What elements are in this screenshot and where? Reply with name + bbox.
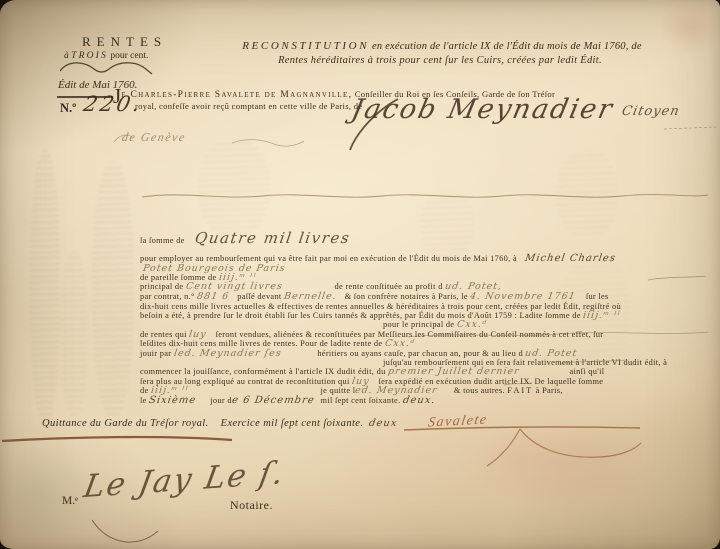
heading-lead-word: RECONSTITUTION bbox=[242, 40, 369, 52]
printed-text: Quittance du Garde du Tréſor royal. bbox=[42, 418, 209, 429]
masthead-subtitle: à TROIS pour cent. bbox=[64, 51, 148, 61]
printed-text: la ſomme de bbox=[140, 236, 187, 245]
treasurer-signature-script: Savalete bbox=[427, 412, 489, 431]
handwritten-entry: Michel Charles bbox=[524, 253, 617, 264]
aged-paper-sheet: RENTES à TROIS pour cent. Édit de Mai 17… bbox=[0, 0, 720, 549]
fill-line bbox=[664, 127, 716, 129]
subtitle-c: pour cent. bbox=[110, 51, 148, 61]
fill-swash bbox=[648, 276, 706, 280]
ornamental-brace bbox=[60, 63, 152, 74]
handwritten-entry: Sixième bbox=[148, 395, 197, 406]
bleedthrough-smudge bbox=[198, 138, 270, 238]
number-label: N.º bbox=[60, 101, 76, 116]
printed-text: jouir par bbox=[140, 349, 174, 358]
printed-text: FAIT bbox=[507, 386, 533, 395]
document-line: Quittance du Garde du Tréſor royal.Exerc… bbox=[42, 413, 398, 431]
handwritten-entry: led. Meynadier ſes bbox=[173, 348, 282, 359]
payer-signature-line: Jacob MeynadierCitoyen bbox=[352, 94, 680, 125]
document-line: le Sixièmejour de 6 Décembremil ſept cen… bbox=[140, 390, 435, 408]
document-photo: { "masthead": { "title": "RENTES", "subt… bbox=[0, 0, 720, 549]
document-line: beſoin a été, à prendre ſur le droit éta… bbox=[140, 305, 621, 323]
handwritten-entry: deux bbox=[369, 418, 399, 429]
notary-label: Notaire. bbox=[230, 498, 273, 513]
printed-text: jour d bbox=[210, 396, 232, 405]
handwritten-entry: iiij.ᵐ ˡˡ bbox=[582, 310, 621, 321]
printed-text: & tous autres. bbox=[454, 386, 507, 395]
masthead-title: RENTES bbox=[82, 34, 167, 50]
dropcap-initial: J bbox=[113, 84, 121, 108]
bleedthrough-smudge bbox=[60, 252, 88, 417]
payer-origin-script: de Genève bbox=[121, 130, 187, 145]
handwritten-entry: e 6 Décembre bbox=[231, 395, 315, 406]
document-line: la ſomme de Quatre mil livres bbox=[140, 229, 350, 248]
heading-line1: RECONSTITUTION en exécution de l'article… bbox=[168, 36, 716, 54]
payer-name-script: Jacob Meynadier bbox=[349, 94, 617, 125]
paper-stain bbox=[470, 420, 660, 510]
printed-text: Exercice mil ſept cent ſoixante. bbox=[221, 418, 364, 429]
handwritten-entry: Quatre mil livres bbox=[194, 229, 352, 247]
subtitle-b: TROIS bbox=[71, 51, 108, 61]
bleedthrough-smudge bbox=[92, 162, 134, 417]
handwritten-entry: deux. bbox=[402, 395, 436, 406]
notary-prefix: M.ᵉ bbox=[62, 495, 78, 507]
treasurer-name: e Charles-Pierre Savalete de Magnanville… bbox=[121, 89, 352, 100]
subtitle-a: à bbox=[64, 51, 69, 61]
printed-text: beſoin a été, à prendre ſur le droit éta… bbox=[140, 311, 583, 320]
printed-text: à Paris, bbox=[533, 386, 562, 395]
printed-text: mil ſept cent ſoixante. bbox=[321, 396, 403, 405]
heading-line2: Rentes héréditaires à trois pour cent ſu… bbox=[190, 55, 690, 66]
notary-swash bbox=[92, 520, 158, 542]
bleedthrough-smudge bbox=[556, 150, 618, 238]
payer-quality-script: Citoyen bbox=[621, 104, 682, 119]
heading-line1-rest: en exécution de l'article IX de l'Édit d… bbox=[369, 41, 642, 52]
preamble-line2: royal, confeſſe avoir reçû comptant en c… bbox=[135, 101, 362, 111]
bleedthrough-smudge bbox=[30, 150, 60, 425]
